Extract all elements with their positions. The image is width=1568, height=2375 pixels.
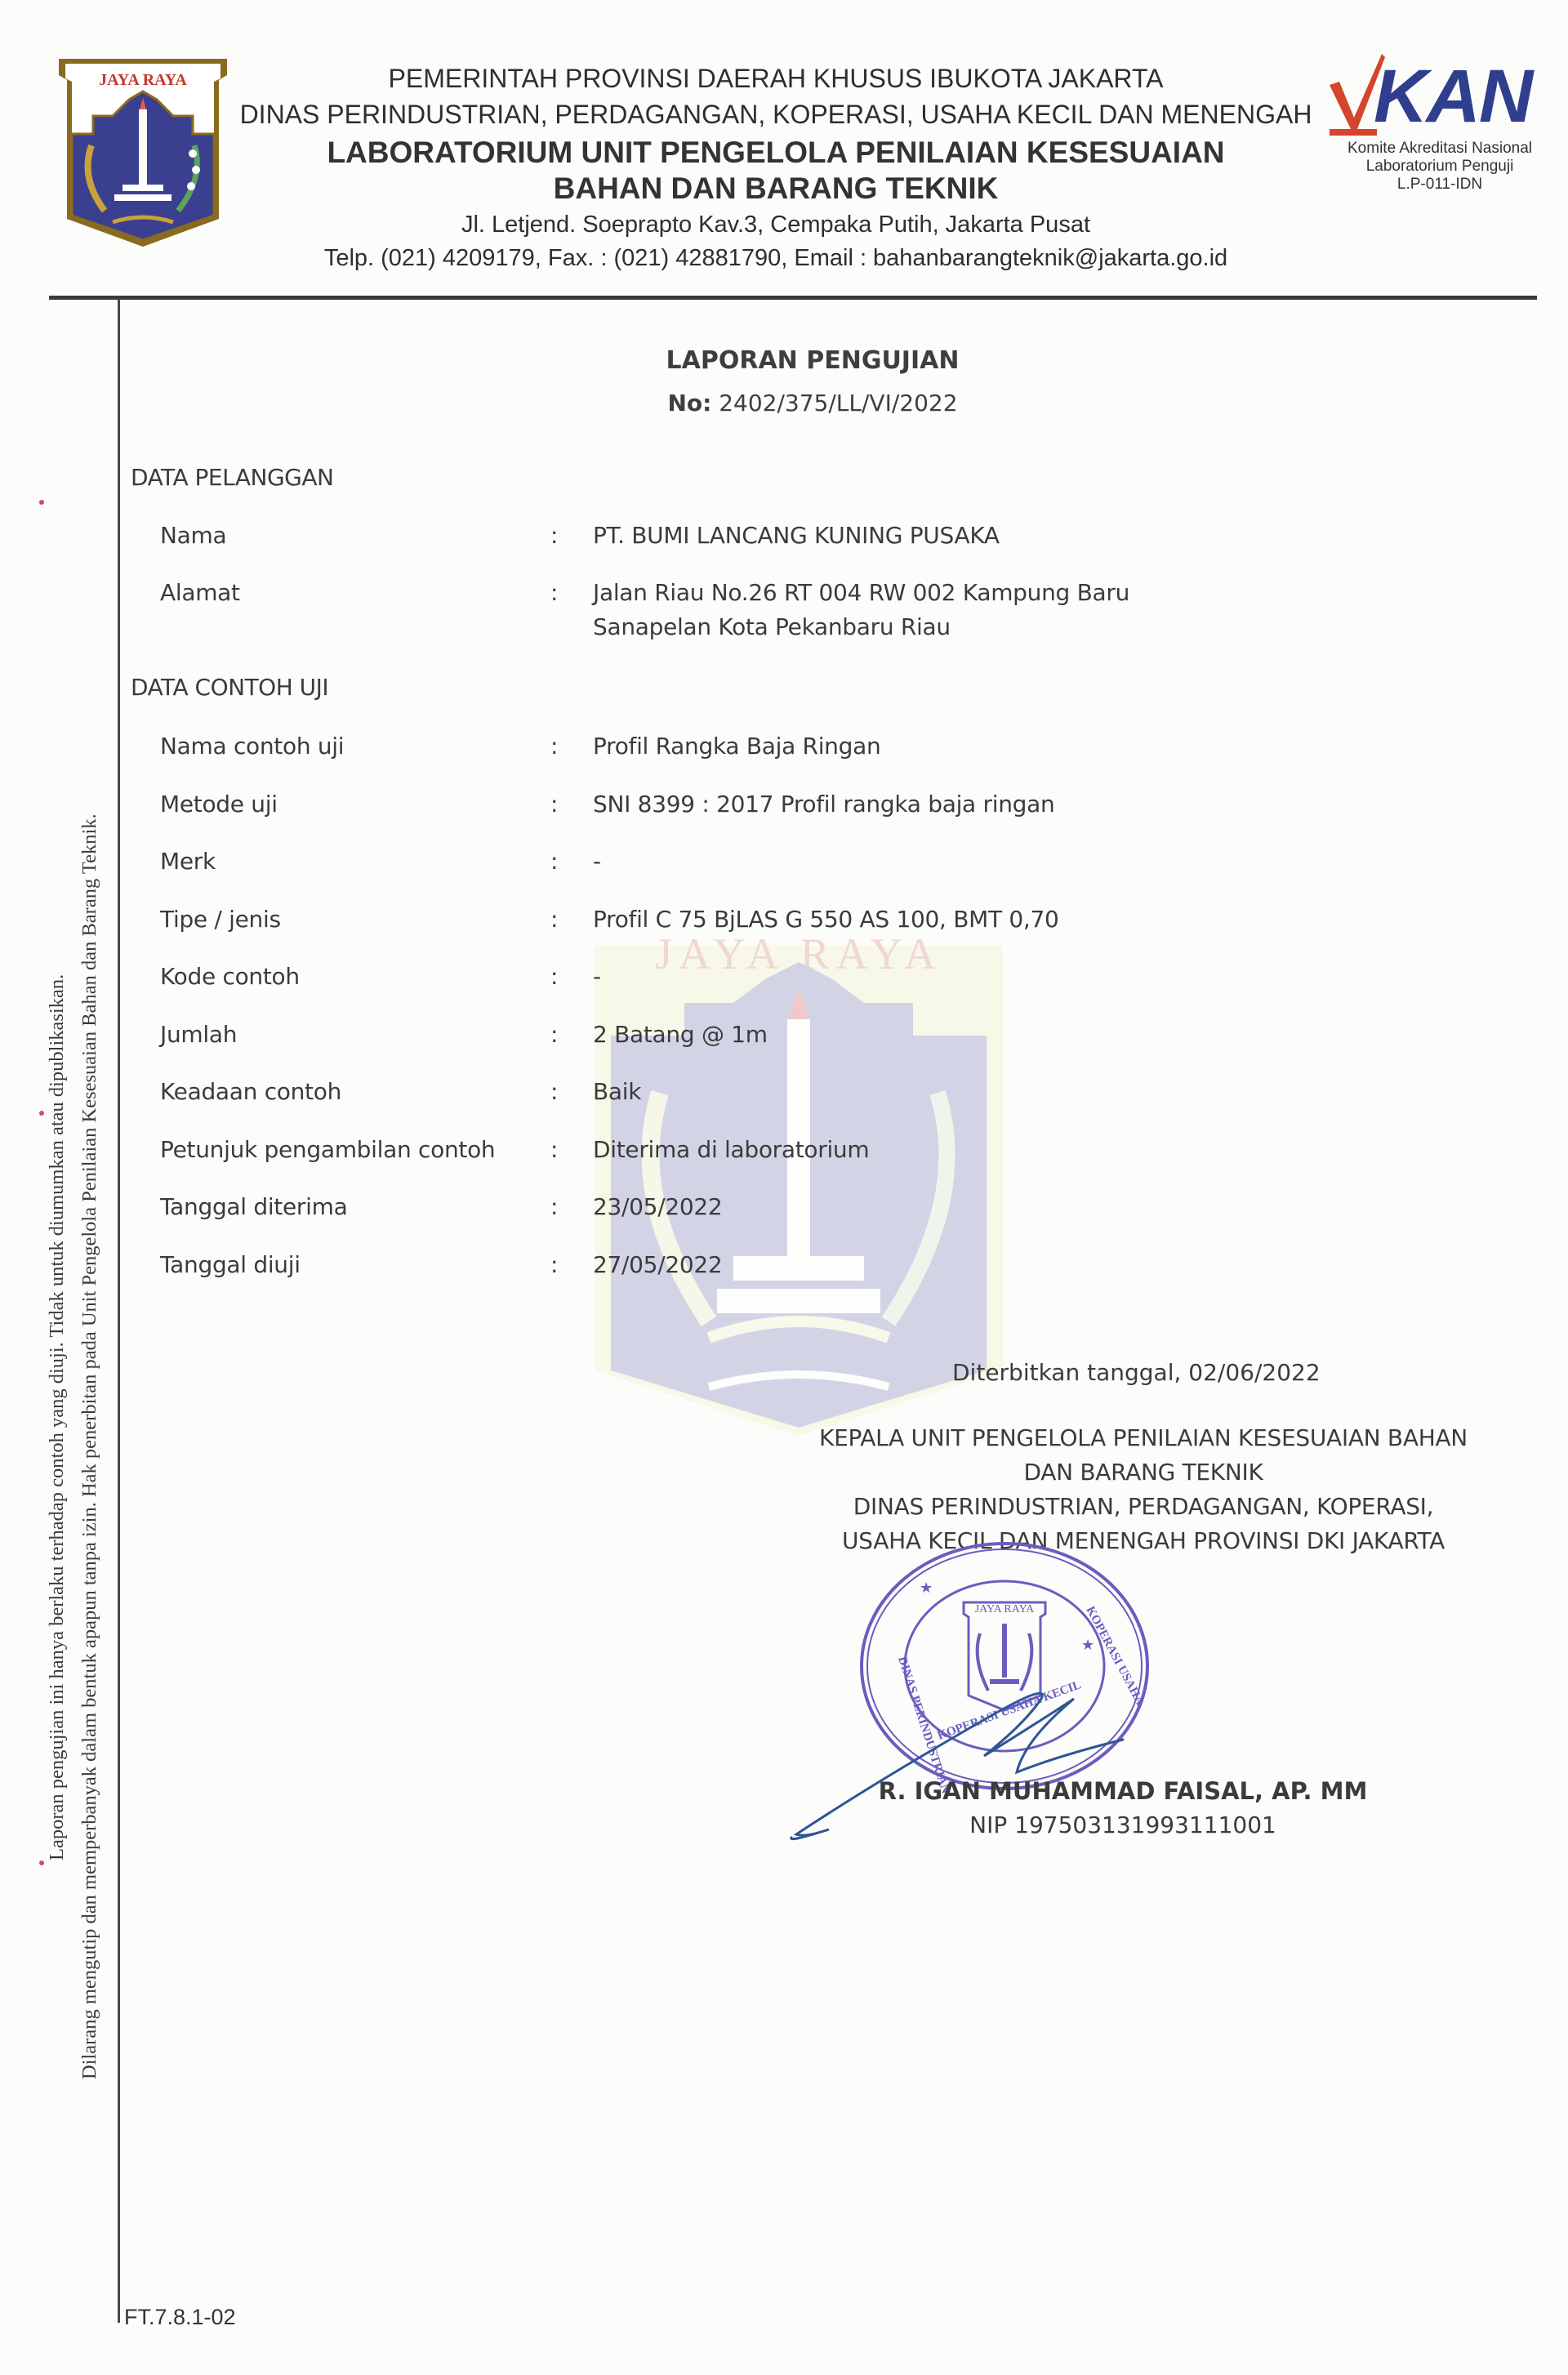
kan-subtitle-1: Komite Akreditasi Nasional [1323,140,1557,157]
svg-text:★: ★ [1081,1637,1094,1654]
field-row: Petunjuk pengambilan contoh:Diterima di … [160,1133,1222,1167]
field-colon: : [550,844,593,879]
letterhead-lab-name: LABORATORIUM UNIT PENGELOLA PENILAIAN KE… [229,137,1323,167]
field-row: Tanggal diterima:23/05/2022 [160,1190,1222,1224]
field-colon: : [550,1190,593,1224]
field-colon: : [550,902,593,937]
field-colon: : [550,519,593,553]
field-row: Merk:- [160,844,1222,879]
kan-accreditation-logo: KAN Komite Akreditasi Nasional Laborator… [1323,54,1557,193]
field-value: Diterima di laboratorium [593,1133,1222,1167]
field-label: Keadaan contoh [160,1075,550,1109]
report-number-value: 2402/375/LL/VI/2022 [719,390,957,417]
header-divider [49,296,1537,300]
field-label: Nama [160,519,550,553]
field-colon: : [550,576,593,644]
svg-text:★: ★ [920,1580,933,1597]
kan-subtitle-2: Laboratorium Penguji [1323,158,1557,175]
field-label: Jumlah [160,1018,550,1052]
field-label: Merk [160,844,550,879]
field-value: Profil C 75 BjLAS G 550 AS 100, BMT 0,70 [593,902,1222,937]
field-value: Baik [593,1075,1222,1109]
address-line-1: Jalan Riau No.26 RT 004 RW 002 Kampung B… [593,576,1222,610]
report-number-label: No: [667,390,711,417]
red-mark [39,1860,44,1865]
field-row: Jumlah:2 Batang @ 1m [160,1018,1222,1052]
red-mark [39,1111,44,1116]
field-label: Petunjuk pengambilan contoh [160,1133,550,1167]
report-title: LAPORAN PENGUJIAN [490,346,1135,375]
field-colon: : [550,1133,593,1167]
kan-wordmark: KAN [1374,59,1531,134]
field-row: Kode contoh:- [160,960,1222,994]
form-code: FT.7.8.1-02 [124,2305,236,2330]
letterhead-contact: Telp. (021) 4209179, Fax. : (021) 428817… [229,247,1323,270]
field-label: Tanggal diuji [160,1248,550,1282]
section-sample-heading: DATA CONTOH UJI [131,674,328,701]
field-label: Kode contoh [160,960,550,994]
section-customer-heading: DATA PELANGGAN [131,464,333,491]
field-label: Tanggal diterima [160,1190,550,1224]
red-mark [39,500,44,505]
field-value: PT. BUMI LANCANG KUNING PUSAKA [593,519,1222,553]
svg-text:JAYA RAYA: JAYA RAYA [99,71,187,89]
field-value: SNI 8399 : 2017 Profil rangka baja ringa… [593,787,1222,822]
field-colon: : [550,787,593,822]
field-colon: : [550,729,593,764]
issued-date: Diterbitkan tanggal, 02/06/2022 [952,1359,1321,1386]
field-label: Metode uji [160,787,550,822]
letterhead-text: PEMERINTAH PROVINSI DAERAH KHUSUS IBUKOT… [229,65,1323,270]
field-value: Jalan Riau No.26 RT 004 RW 002 Kampung B… [593,576,1222,644]
field-row: Metode uji:SNI 8399 : 2017 Profil rangka… [160,787,1222,822]
field-colon: : [550,1018,593,1052]
field-row-address: Alamat : Jalan Riau No.26 RT 004 RW 002 … [160,576,1222,644]
disclaimer-line-1: Laporan pengujian ini hanya berlaku terh… [46,974,69,1860]
field-row: Tipe / jenis:Profil C 75 BjLAS G 550 AS … [160,902,1222,937]
field-label: Tipe / jenis [160,902,550,937]
report-number: No: 2402/375/LL/VI/2022 [490,390,1135,417]
field-colon: : [550,1075,593,1109]
field-value: 2 Batang @ 1m [593,1018,1222,1052]
field-value: 27/05/2022 [593,1248,1222,1282]
address-line-2: Sanapelan Kota Pekanbaru Riau [593,610,1222,644]
jakarta-crest-logo: JAYA RAYA [56,56,230,248]
svg-text:JAYA RAYA: JAYA RAYA [975,1603,1035,1615]
kan-accreditation-number: L.P-011-IDN [1323,176,1557,193]
disclaimer-line-2: Dilarang mengutip dan memperbanyak dalam… [78,813,101,2079]
field-value: 23/05/2022 [593,1190,1222,1224]
letterhead-address: Jl. Letjend. Soeprapto Kav.3, Cempaka Pu… [229,213,1323,237]
field-colon: : [550,1248,593,1282]
field-value: - [593,960,1222,994]
field-value: Profil Rangka Baja Ringan [593,729,1222,764]
field-value: - [593,844,1222,879]
letterhead-lab-name-2: BAHAN DAN BARANG TEKNIK [229,173,1323,203]
signatory-name: R. IGAN MUHAMMAD FAISAL, AP. MM [841,1777,1405,1805]
letterhead-agency: DINAS PERINDUSTRIAN, PERDAGANGAN, KOPERA… [229,101,1323,127]
field-label: Nama contoh uji [160,729,550,764]
position-line-2: DAN BARANG TEKNIK [784,1455,1503,1490]
field-label: Alamat [160,576,550,644]
report-title-block: LAPORAN PENGUJIAN No: 2402/375/LL/VI/202… [490,346,1135,417]
crest-watermark: JAYA RAYA [595,929,1003,1436]
letterhead-government: PEMERINTAH PROVINSI DAERAH KHUSUS IBUKOT… [229,65,1323,91]
field-row-name: Nama : PT. BUMI LANCANG KUNING PUSAKA [160,519,1222,553]
field-colon: : [550,960,593,994]
margin-line [118,299,120,2323]
field-row: Keadaan contoh:Baik [160,1075,1222,1109]
position-line-1: KEPALA UNIT PENGELOLA PENILAIAN KESESUAI… [784,1421,1503,1455]
signatory-nip: NIP 197503131993111001 [841,1811,1405,1838]
position-line-3: DINAS PERINDUSTRIAN, PERDAGANGAN, KOPERA… [784,1490,1503,1524]
field-row: Tanggal diuji:27/05/2022 [160,1248,1222,1282]
field-row: Nama contoh uji:Profil Rangka Baja Ringa… [160,729,1222,764]
